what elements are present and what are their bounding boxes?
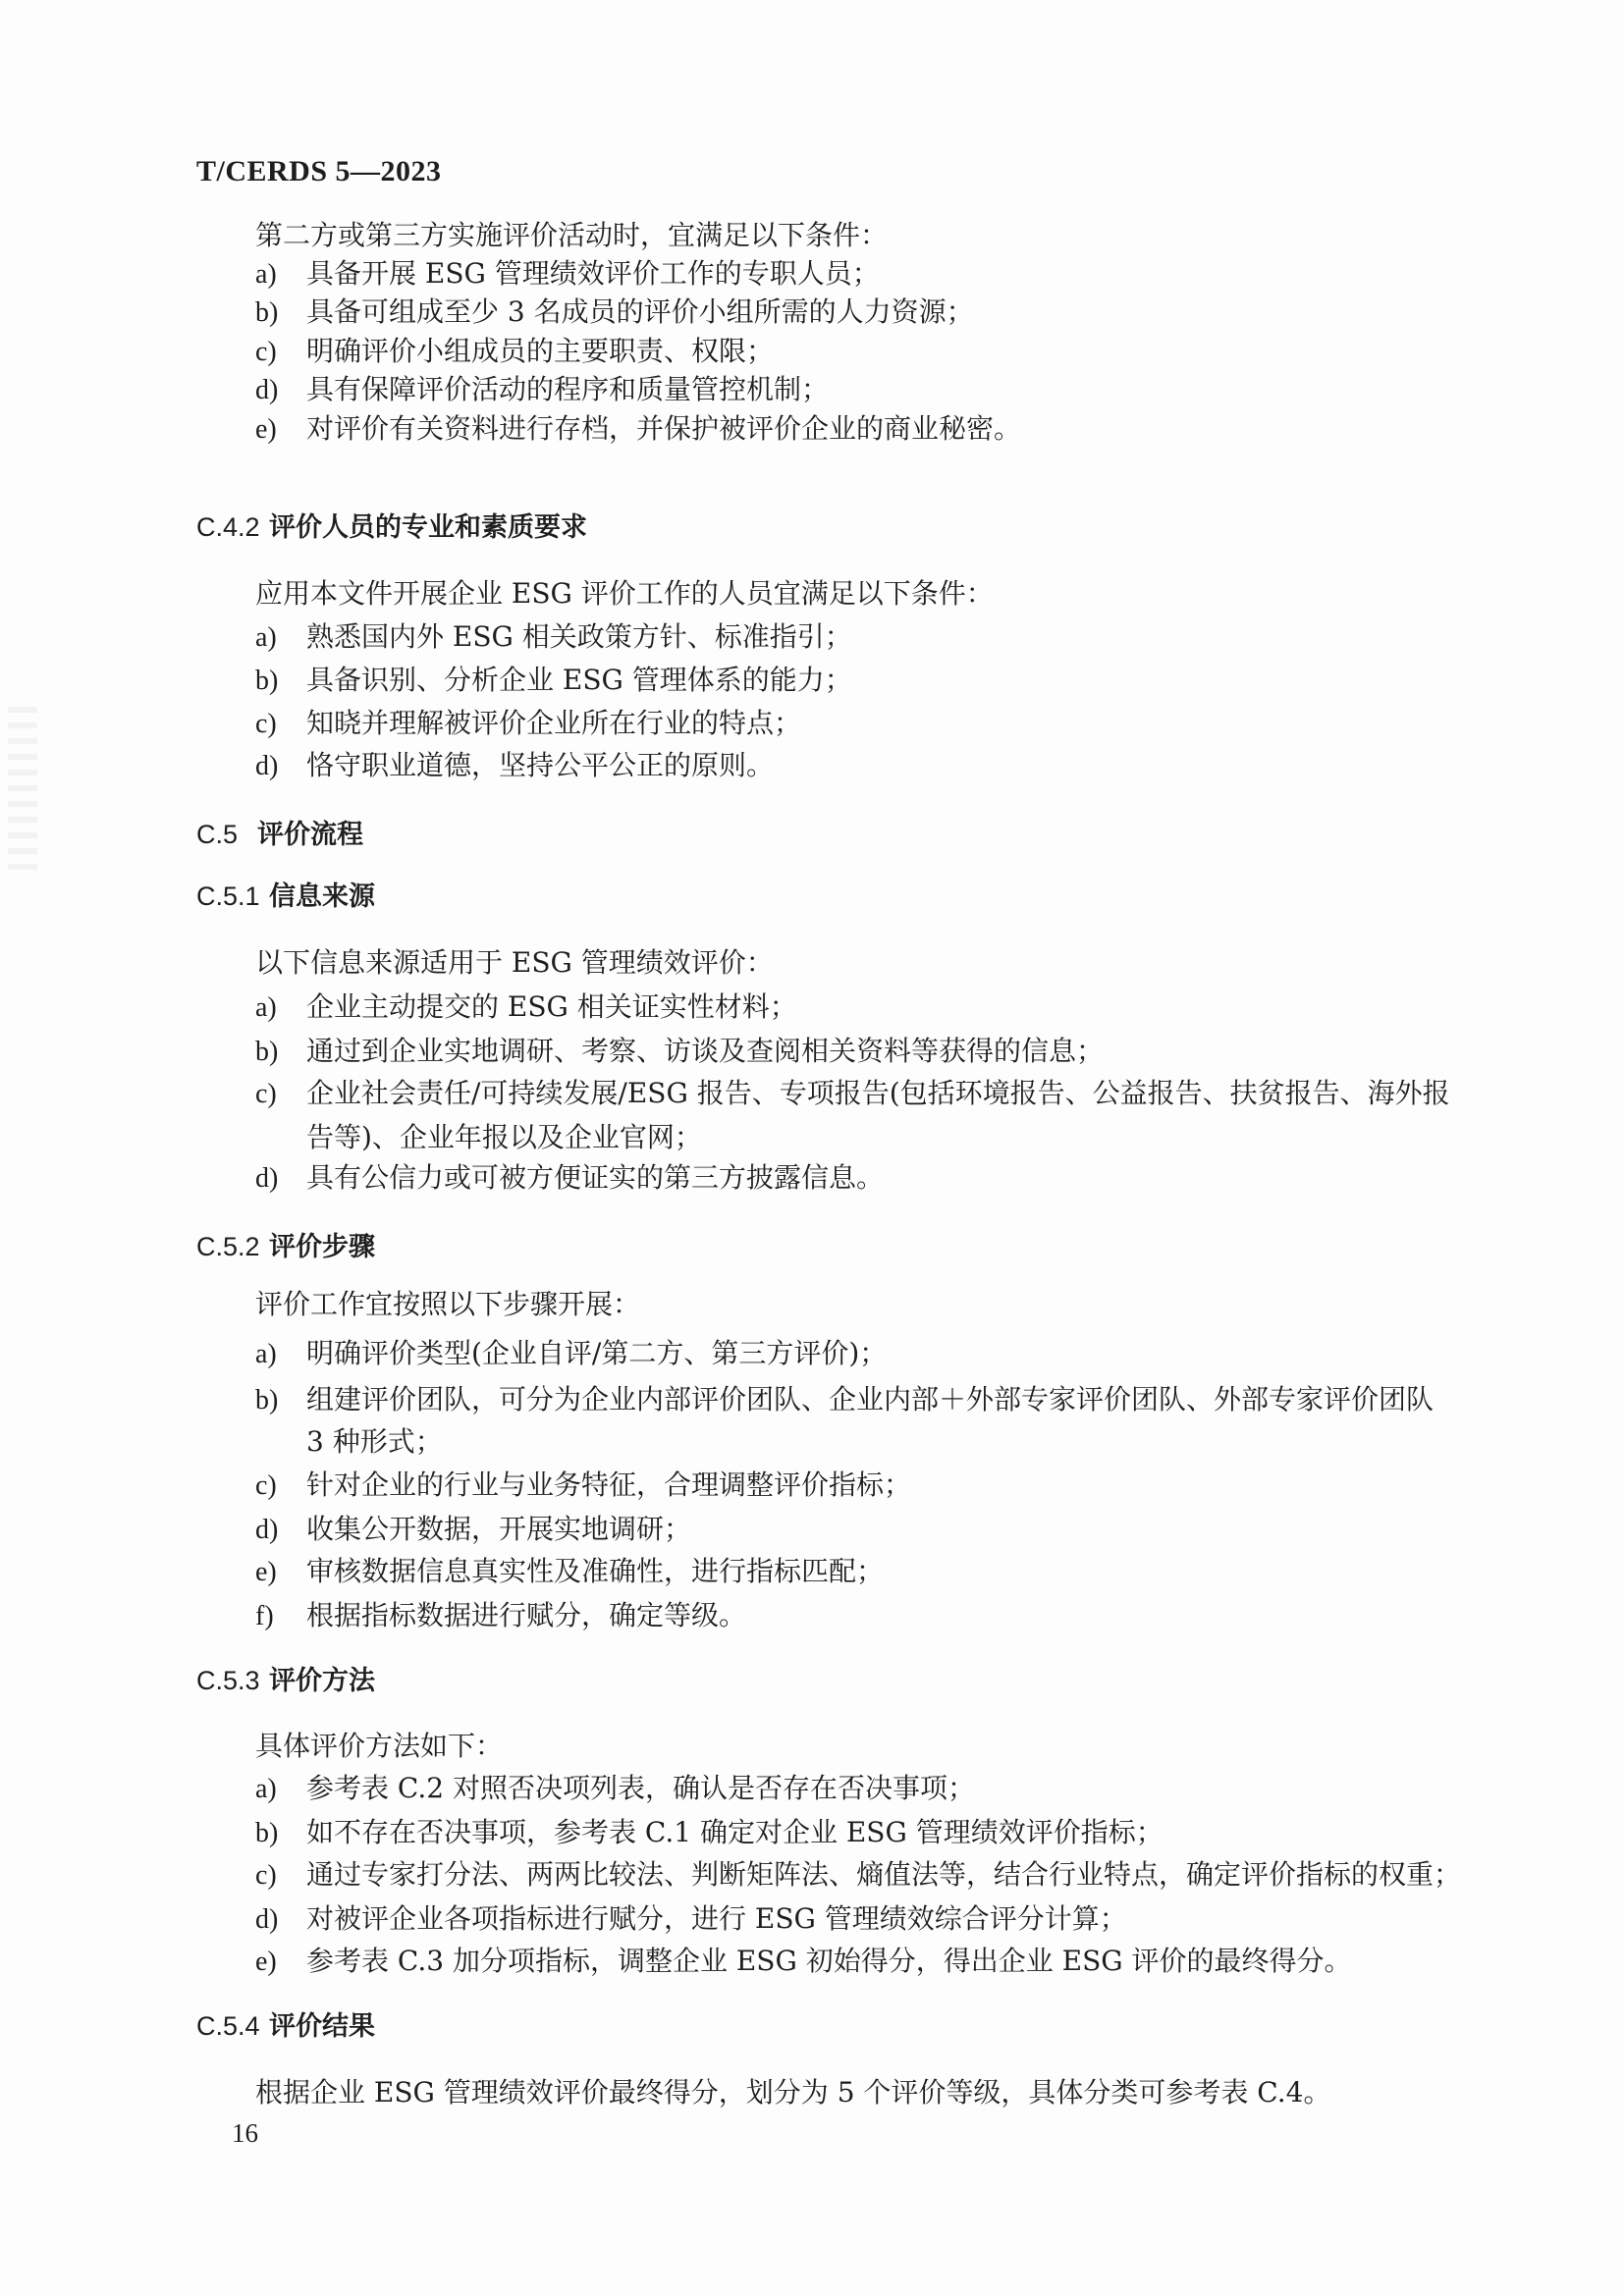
section-title: 评价流程 [257,820,363,850]
list-text: 明确评价类型(企业自评/第二方、第三方评价)； [306,1337,887,1369]
section-number: C.5.3 [196,1663,269,1698]
list-item: a)参考表 C.2 对照否决项列表，确认是否存在否决事项； [255,1771,975,1807]
list-text: 具有公信力或可被方便证实的第三方披露信息。 [306,1161,884,1194]
paragraph-result: 根据企业 ESG 管理绩效评价最终得分，划分为 5 个评价等级，具体分类可参考表… [255,2075,1330,2110]
list-label: b) [255,1383,306,1418]
list-item: e)审核数据信息真实性及准确性，进行指标匹配； [255,1554,884,1590]
list-label: d) [255,373,306,408]
list-text: 参考表 C.3 加分项指标，调整企业 ESG 初始得分，得出企业 ESG 评价的… [306,1945,1352,1977]
section-heading-c54: C.5.4评价结果 [196,2008,375,2045]
list-item: a)具备开展 ESG 管理绩效评价工作的专职人员； [255,256,880,293]
list-label: e) [255,1945,306,1980]
paragraph-intro: 应用本文件开展企业 ESG 评价工作的人员宜满足以下条件： [255,576,994,612]
list-item: b)通过到企业实地调研、考察、访谈及查阅相关资料等获得的信息； [255,1034,1104,1070]
list-text: 具有保障评价活动的程序和质量管控机制； [306,373,829,405]
list-text: 恪守职业道德，坚持公平公正的原则。 [306,749,774,781]
section-title: 评价步骤 [269,1232,375,1262]
list-label: a) [255,620,306,656]
list-item-continuation: 告等)、企业年报以及企业官网； [306,1120,702,1155]
section-heading-c52: C.5.2评价步骤 [196,1229,375,1265]
list-item-continuation: 3 种形式； [306,1424,443,1460]
list-text: 具备开展 ESG 管理绩效评价工作的专职人员； [306,257,880,290]
list-text: 企业主动提交的 ESG 相关证实性材料； [306,990,797,1023]
section-heading-c5: C.5评价流程 [196,817,363,853]
list-item: a)熟悉国内外 ESG 相关政策方针、标准指引； [255,619,852,656]
list-label: b) [255,664,306,699]
list-item: d)恪守职业道德，坚持公平公正的原则。 [255,748,774,784]
section-number: C.5.4 [196,2008,269,2044]
list-item: a)企业主动提交的 ESG 相关证实性材料； [255,989,797,1026]
list-item: b)如不存在否决事项，参考表 C.1 确定对企业 ESG 管理绩效评价指标； [255,1815,1164,1851]
list-label: d) [255,749,306,784]
list-item: c)明确评价小组成员的主要职责、权限； [255,334,774,370]
list-label: c) [255,707,306,742]
list-text: 根据指标数据进行赋分，确定等级。 [306,1599,746,1631]
list-text: 对评价有关资料进行存档，并保护被评价企业的商业秘密。 [306,412,1021,445]
list-label: d) [255,1161,306,1197]
paragraph-intro: 具体评价方法如下： [255,1729,503,1764]
section-heading-c42: C.4.2评价人员的专业和素质要求 [196,509,587,546]
section-title: 信息来源 [269,881,375,912]
section-number: C.4.2 [196,509,269,545]
list-item: b)具备可组成至少 3 名成员的评价小组所需的人力资源； [255,294,974,331]
section-title: 评价结果 [269,2011,375,2042]
list-text: 通过专家打分法、两两比较法、判断矩阵法、熵值法等，结合行业特点，确定评价指标的权… [306,1858,1461,1891]
scan-bleed-through [8,707,37,874]
list-label: c) [255,1858,306,1894]
paragraph-intro: 以下信息来源适用于 ESG 管理绩效评价： [255,945,774,981]
list-text: 针对企业的行业与业务特征，合理调整评价指标； [306,1468,911,1501]
list-text: 具备识别、分析企业 ESG 管理体系的能力； [306,664,852,696]
list-item: e)对评价有关资料进行存档，并保护被评价企业的商业秘密。 [255,411,1021,448]
list-text: 企业社会责任/可持续发展/ESG 报告、专项报告(包括环境报告、公益报告、扶贫报… [306,1077,1450,1109]
list-text: 明确评价小组成员的主要职责、权限； [306,335,774,367]
list-item: d)对被评企业各项指标进行赋分，进行 ESG 管理绩效综合评分计算； [255,1901,1127,1938]
list-label: a) [255,1337,306,1372]
list-label: b) [255,1816,306,1851]
list-item: c)知晓并理解被评价企业所在行业的特点； [255,706,801,742]
list-label: d) [255,1902,306,1938]
list-label: c) [255,1077,306,1112]
list-label: b) [255,1035,306,1070]
list-text: 具备可组成至少 3 名成员的评价小组所需的人力资源； [306,295,974,328]
list-label: b) [255,295,306,331]
list-text: 审核数据信息真实性及准确性，进行指标匹配； [306,1555,884,1587]
list-label: d) [255,1513,306,1548]
list-item: d)具有公信力或可被方便证实的第三方披露信息。 [255,1160,884,1197]
paragraph-intro: 评价工作宜按照以下步骤开展： [255,1287,640,1322]
list-label: e) [255,1555,306,1590]
section-number: C.5.2 [196,1229,269,1264]
document-id-header: T/CERDS 5—2023 [196,155,442,188]
section-title: 评价方法 [269,1666,375,1696]
list-label: e) [255,412,306,448]
document-page: T/CERDS 5—2023 第二方或第三方实施评价活动时，宜满足以下条件： a… [0,0,1624,2296]
list-item: f)根据指标数据进行赋分，确定等级。 [255,1598,746,1634]
section-heading-c51: C.5.1信息来源 [196,879,375,915]
section-title: 评价人员的专业和素质要求 [269,512,587,543]
section-number: C.5.1 [196,879,269,914]
section-heading-c53: C.5.3评价方法 [196,1663,375,1699]
list-text: 参考表 C.2 对照否决项列表，确认是否存在否决事项； [306,1772,975,1804]
paragraph-intro: 第二方或第三方实施评价活动时，宜满足以下条件： [255,218,888,253]
list-item: c)针对企业的行业与业务特征，合理调整评价指标； [255,1468,911,1504]
section-number: C.5 [196,817,257,852]
list-item: d)收集公开数据，开展实地调研； [255,1512,691,1548]
list-item: c)通过专家打分法、两两比较法、判断矩阵法、熵值法等，结合行业特点，确定评价指标… [255,1857,1461,1894]
list-item: d)具有保障评价活动的程序和质量管控机制； [255,372,829,408]
list-label: f) [255,1599,306,1634]
list-label: a) [255,1772,306,1807]
list-label: a) [255,990,306,1026]
list-item: c)企业社会责任/可持续发展/ESG 报告、专项报告(包括环境报告、公益报告、扶… [255,1076,1450,1112]
list-text: 知晓并理解被评价企业所在行业的特点； [306,707,801,739]
list-text: 组建评价团队，可分为企业内部评价团队、企业内部＋外部专家评价团队、外部专家评价团… [306,1383,1434,1415]
list-label: c) [255,335,306,370]
list-text: 收集公开数据，开展实地调研； [306,1513,691,1545]
list-text: 对被评企业各项指标进行赋分，进行 ESG 管理绩效综合评分计算； [306,1902,1127,1935]
list-text: 如不存在否决事项，参考表 C.1 确定对企业 ESG 管理绩效评价指标； [306,1816,1164,1848]
list-label: a) [255,257,306,293]
list-item: a)明确评价类型(企业自评/第二方、第三方评价)； [255,1336,887,1372]
list-text: 通过到企业实地调研、考察、访谈及查阅相关资料等获得的信息； [306,1035,1104,1067]
list-item: b)组建评价团队，可分为企业内部评价团队、企业内部＋外部专家评价团队、外部专家评… [255,1382,1434,1418]
list-item: e)参考表 C.3 加分项指标，调整企业 ESG 初始得分，得出企业 ESG 评… [255,1944,1352,1980]
list-label: c) [255,1468,306,1504]
list-item: b)具备识别、分析企业 ESG 管理体系的能力； [255,663,852,699]
list-text: 熟悉国内外 ESG 相关政策方针、标准指引； [306,620,852,653]
page-number: 16 [232,2118,258,2149]
